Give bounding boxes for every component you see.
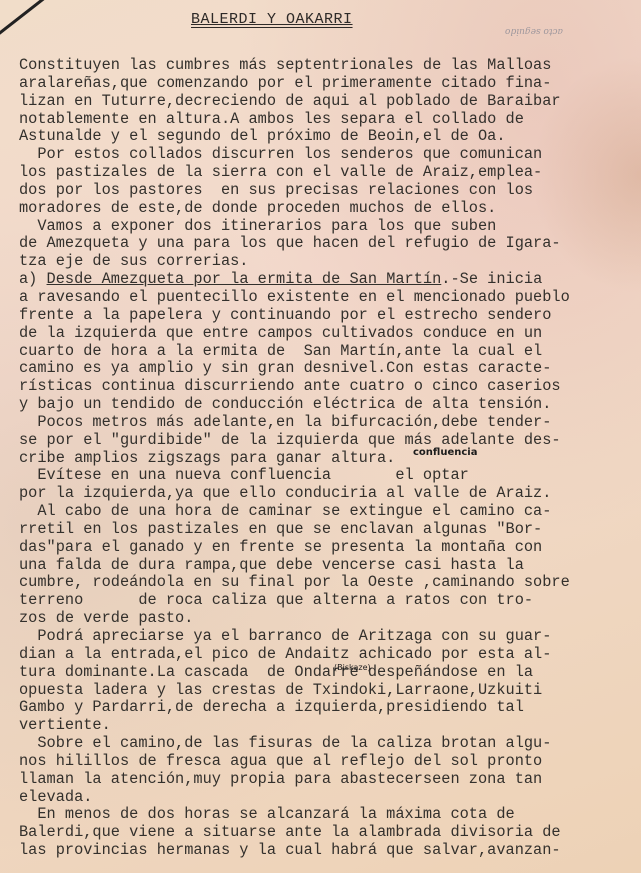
text-line: Sobre el camino,de las fisuras de la cal… (19, 735, 641, 753)
text-line: opuesta ladera y las crestas de Txindoki… (19, 682, 641, 700)
text-line: a ravesando el puentecillo existente en … (19, 289, 641, 307)
handwritten-biskaze: (Biskaze) (334, 663, 371, 672)
text-line: llaman la atención,muy propia para abast… (19, 771, 641, 789)
text-line: Pocos metros más adelante,en la bifurcac… (19, 414, 641, 432)
text-line: de Amezqueta y una para los que hacen de… (19, 235, 641, 253)
text-line: por la izquierda,ya que ello conduciria … (19, 485, 641, 503)
text-line: das"para el ganado y en frente se presen… (19, 539, 641, 557)
text-line: dos por los pastores en sus precisas rel… (19, 182, 641, 200)
handwritten-confluencia: confluencia (413, 447, 477, 458)
pen-mark (0, 0, 45, 39)
text-line: cribe amplios zigszags para ganar altura… (19, 450, 641, 468)
text-line: notablemente en altura.A ambos les separ… (19, 111, 641, 129)
text-line: terreno de roca caliza que alterna a rat… (19, 592, 641, 610)
document-body: Constituyen las cumbres más septentriona… (19, 57, 641, 860)
text-line: y bajo un tendido de conducción eléctric… (19, 396, 641, 414)
text-line: Evítese en una nueva confluencia el opta… (19, 467, 641, 485)
text-line: Al cabo de una hora de caminar se exting… (19, 503, 641, 521)
text-line: Por estos collados discurren los sendero… (19, 146, 641, 164)
margin-note: acto seguido (505, 26, 563, 36)
text-line: rísticas continua discurriendo ante cuat… (19, 378, 641, 396)
text-line: Gambo y Pardarri,de derecha a izquierda,… (19, 699, 641, 717)
text-line: vertiente. (19, 717, 641, 735)
text-line: En menos de dos horas se alcanzará la má… (19, 806, 641, 824)
text-line: dian a la entrada,el pico de Andaitz ach… (19, 646, 641, 664)
text-line: lizan en Tuturre,decreciendo de aqui al … (19, 93, 641, 111)
text-line: tza eje de sus correrias. (19, 253, 641, 271)
text-line: aralareñas,que comenzando por el primera… (19, 75, 641, 93)
text-line: Balerdi,que viene a situarse ante la ala… (19, 824, 641, 842)
text-line: Vamos a exponer dos itinerarios para los… (19, 218, 641, 236)
text-line: tura dominante.La cascada de Ondarre des… (19, 664, 641, 682)
text-line: se por el "gurdibide" de la izquierda qu… (19, 432, 641, 450)
text-line: cuarto de hora a la ermita de San Martín… (19, 343, 641, 361)
text-line: Constituyen las cumbres más septentriona… (19, 57, 641, 75)
text-line: de la izquierda que entre campos cultiva… (19, 325, 641, 343)
text-line: frente a la papelera y continuando por e… (19, 307, 641, 325)
text-line: las provincias hermanas y la cual habrá … (19, 842, 641, 860)
text-line: los pastizales de la sierra con el valle… (19, 164, 641, 182)
text-line: rretil en los pastizales en que se encla… (19, 521, 641, 539)
page-title: BALERDI Y OAKARRI (191, 11, 353, 28)
text-line: cumbre, rodeándola en su final por la Oe… (19, 574, 641, 592)
text-line: Podrá apreciarse ya el barranco de Aritz… (19, 628, 641, 646)
text-line: a) Desde Amezqueta por la ermita de San … (19, 271, 641, 289)
text-line: una falda de dura rampa,que debe vencers… (19, 557, 641, 575)
text-line: Astunalde y el segundo del próximo de Be… (19, 128, 641, 146)
text-line: camino es ya amplio y sin gran desnivel.… (19, 360, 641, 378)
text-line: nos hilillos de fresca agua que al refle… (19, 753, 641, 771)
text-line: elevada. (19, 789, 641, 807)
text-line: zos de verde pasto. (19, 610, 641, 628)
text-line: moradores de este,de donde proceden much… (19, 200, 641, 218)
